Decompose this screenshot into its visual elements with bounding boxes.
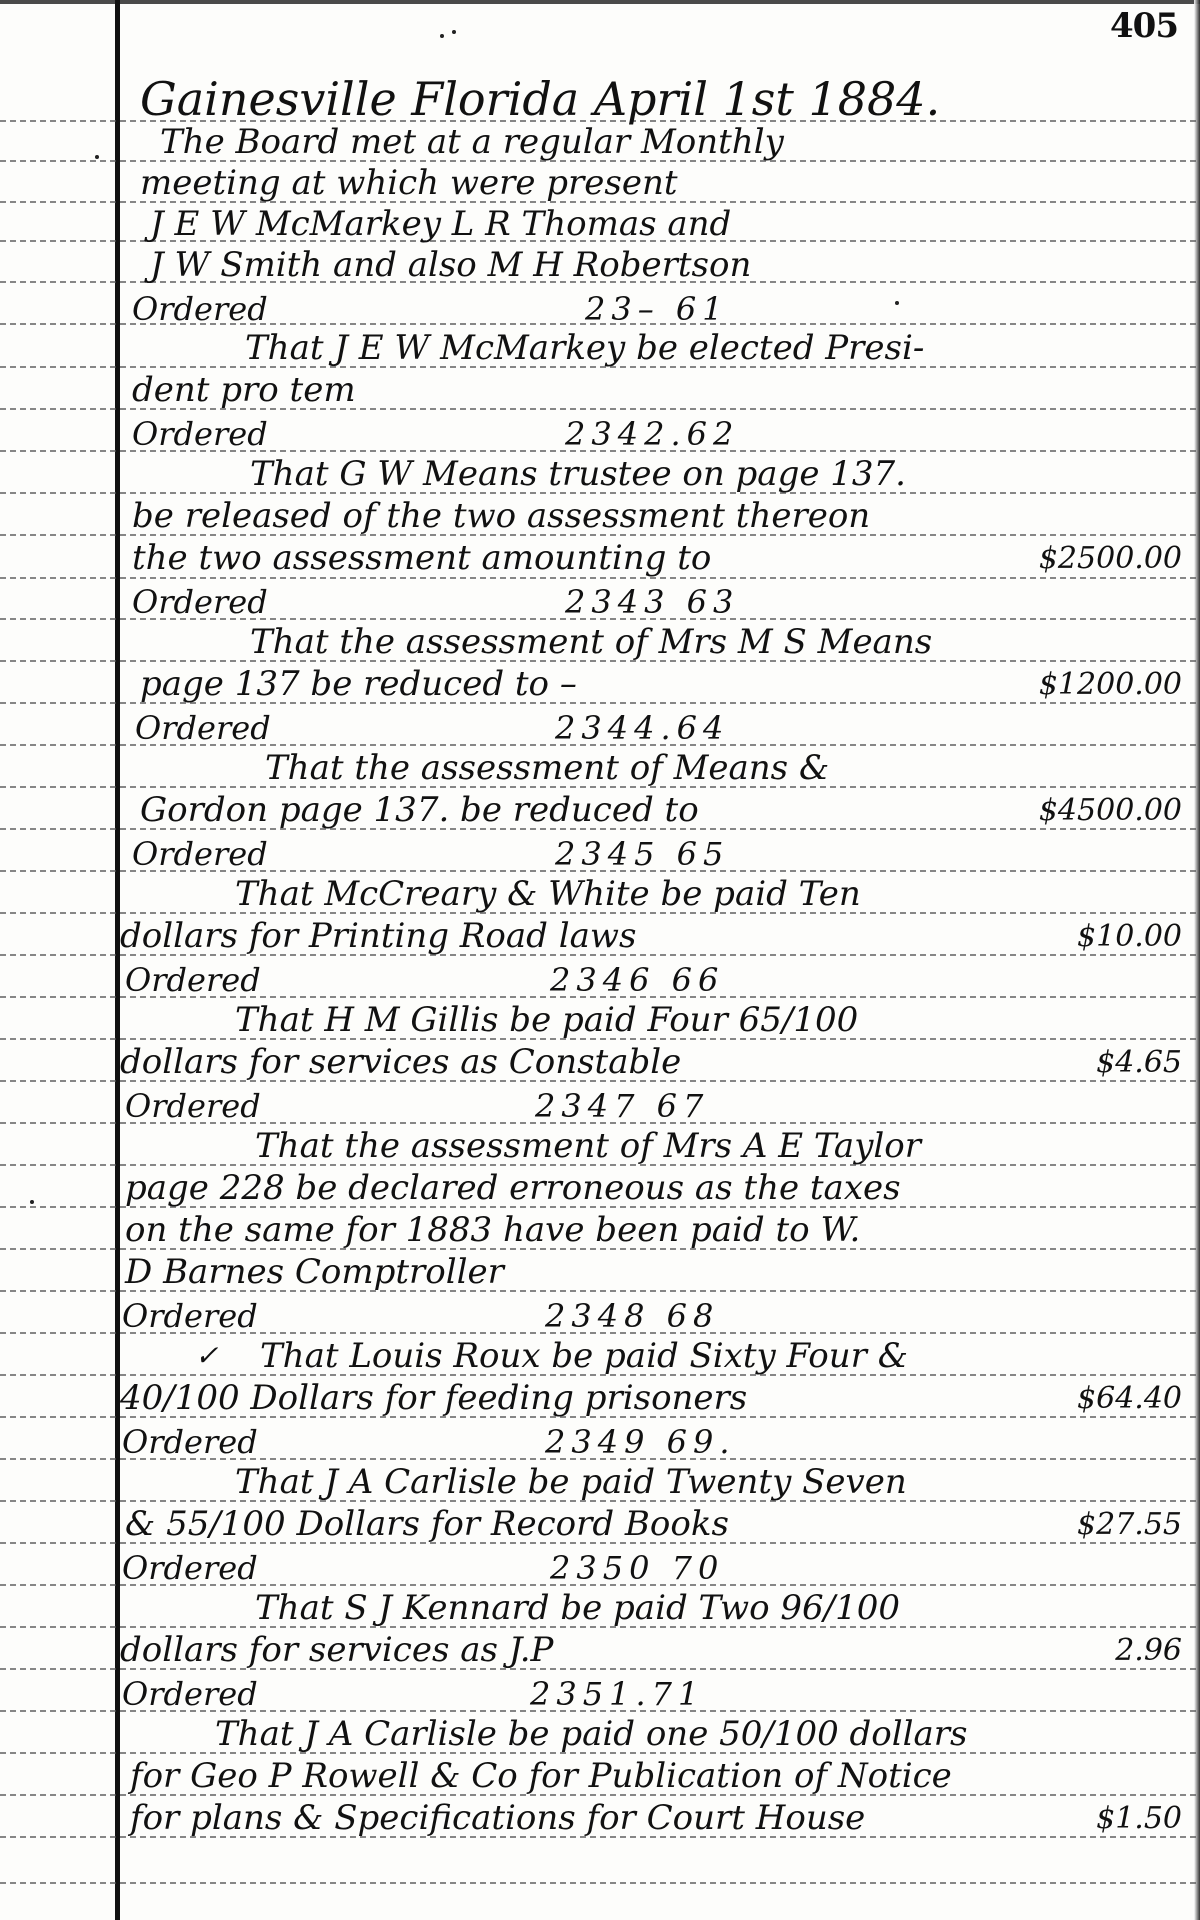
entry-amount: $1.50	[1096, 1801, 1182, 1836]
order-number: 23– 61	[585, 290, 729, 328]
preamble-line: meeting at which were present	[140, 166, 678, 200]
ordered-label: Ordered	[135, 709, 271, 747]
order-number: 2346 66	[550, 961, 724, 999]
entry-amount: $10.00	[1077, 919, 1182, 954]
entry-text-line: 40/100 Dollars for feeding prisoners	[120, 1381, 747, 1415]
ordered-label: Ordered	[132, 583, 268, 621]
entry-text-line: That S J Kennard be paid Two 96/100	[255, 1591, 900, 1625]
entry-text-line: page 228 be declared erroneous as the ta…	[125, 1171, 901, 1205]
entry-text-line: That the assessment of Means &	[265, 751, 829, 785]
order-number: 2348 68	[545, 1297, 719, 1335]
entry-text-line: dent pro tem	[132, 373, 356, 407]
entry-text-line: dollars for Printing Road laws	[120, 919, 636, 953]
entry-text-line: dollars for services as Constable	[120, 1045, 681, 1079]
ordered-label: Ordered	[122, 1423, 258, 1461]
entry-text-line: & 55/100 Dollars for Record Books	[125, 1507, 729, 1541]
entry-text-line: the two assessment amounting to	[132, 541, 711, 575]
entry-amount: $64.40	[1077, 1381, 1182, 1416]
preamble-line: J W Smith and also M H Robertson	[150, 248, 751, 282]
page-number: 405	[1110, 6, 1178, 46]
scan-speck	[30, 1200, 34, 1204]
entry-amount: $4500.00	[1039, 793, 1182, 828]
order-number: 2351.71	[530, 1675, 704, 1713]
entry-text-line: Gordon page 137. be reduced to	[140, 793, 699, 827]
ordered-label: Ordered	[125, 961, 261, 999]
entry-text-line: That H M Gillis be paid Four 65/100	[235, 1003, 858, 1037]
entry-amount: 2.96	[1115, 1633, 1182, 1668]
entry-text-line: That J E W McMarkey be elected Presi-	[245, 331, 924, 365]
ruled-line	[0, 1882, 1196, 1884]
order-number: 2344.64	[555, 709, 729, 747]
ordered-label: Ordered	[125, 1087, 261, 1125]
ordered-label: Ordered	[132, 835, 268, 873]
page-top-edge	[0, 0, 1200, 4]
entry-text-line: That the assessment of Mrs M S Means	[250, 625, 932, 659]
order-number: 2345 65	[555, 835, 729, 873]
scan-speck	[95, 155, 99, 159]
entry-text-line: That Louis Roux be paid Sixty Four &	[260, 1339, 908, 1373]
entry-text-line: on the same for 1883 have been paid to W…	[125, 1213, 860, 1247]
entry-text-line: for plans & Specifications for Court Hou…	[130, 1801, 865, 1835]
ordered-label: Ordered	[122, 1675, 258, 1713]
order-number: 2349 69.	[545, 1423, 736, 1461]
check-mark: ✓	[195, 1339, 218, 1372]
scan-speck	[452, 30, 456, 34]
order-number: 2350 70	[550, 1549, 724, 1587]
entry-text-line: D Barnes Comptroller	[125, 1255, 504, 1289]
order-number: 2347 67	[535, 1087, 709, 1125]
entry-amount: $2500.00	[1039, 541, 1182, 576]
entry-text-line: That J A Carlisle be paid Twenty Seven	[235, 1465, 907, 1499]
entry-amount: $4.65	[1096, 1045, 1182, 1080]
place-date-heading: Gainesville Florida April 1st 1884.	[140, 76, 940, 122]
entry-amount: $1200.00	[1039, 667, 1182, 702]
page-right-edge-shadow	[1194, 0, 1200, 1920]
entry-text-line: That the assessment of Mrs A E Taylor	[255, 1129, 921, 1163]
entry-text-line: That G W Means trustee on page 137.	[250, 457, 906, 491]
entry-text-line: be released of the two assessment thereo…	[132, 499, 870, 533]
ordered-label: Ordered	[122, 1549, 258, 1587]
entry-text-line: That McCreary & White be paid Ten	[235, 877, 861, 911]
entry-amount: $27.55	[1077, 1507, 1182, 1542]
ordered-label: Ordered	[122, 1297, 258, 1335]
entry-text-line: page 137 be reduced to –	[140, 667, 577, 701]
entry-text-line: That J A Carlisle be paid one 50/100 dol…	[215, 1717, 968, 1751]
ledger-page: 405 Gainesville Florida April 1st 1884. …	[0, 0, 1200, 1920]
scan-speck	[440, 34, 444, 38]
order-number: 2342.62	[565, 415, 739, 453]
scan-speck	[895, 301, 899, 305]
ordered-label: Ordered	[132, 290, 268, 328]
entry-text-line: for Geo P Rowell & Co for Publication of…	[130, 1759, 952, 1793]
entry-text-line: dollars for services as J.P	[120, 1633, 553, 1667]
order-number: 2343 63	[565, 583, 739, 621]
preamble-line: The Board met at a regular Monthly	[160, 125, 784, 159]
ordered-label: Ordered	[132, 415, 268, 453]
preamble-line: J E W McMarkey L R Thomas and	[150, 207, 731, 241]
